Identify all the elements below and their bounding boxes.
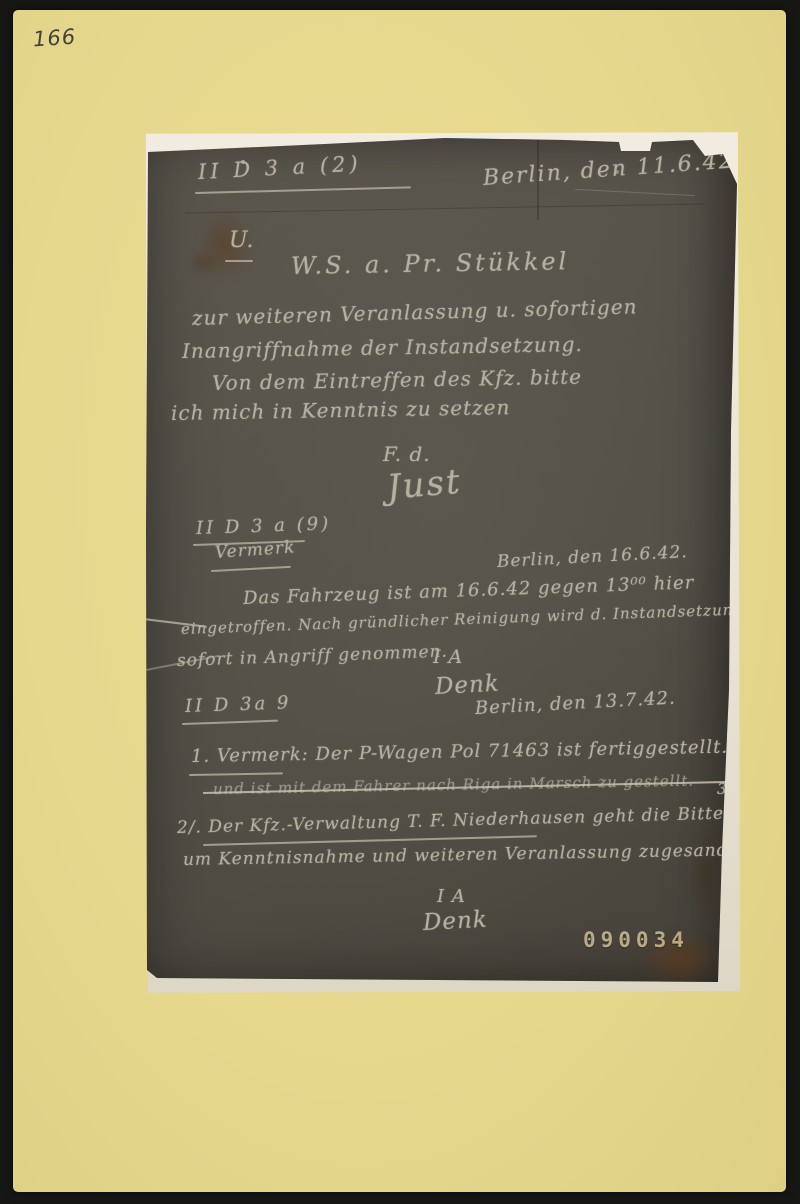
dateline-note1: Berlin, den 16.6.42.	[496, 542, 688, 572]
note2-line: 1. Vermerk: Der P-Wagen Pol 71463 ist fe…	[191, 737, 728, 767]
note2-line: 2/. Der Kfz.-Verwaltung T. F. Niederhaus…	[177, 804, 725, 838]
body-line: Von dem Eintreffen des Kfz. bitte	[212, 365, 582, 395]
underline	[182, 720, 278, 725]
underline	[189, 772, 283, 776]
ia-abbrev: I A	[437, 886, 466, 907]
fold-line	[185, 203, 705, 213]
body-line: ich mich in Kenntnis zu setzen	[171, 395, 511, 425]
underline	[211, 566, 291, 572]
dateline-header: Berlin, den 11.6.42	[482, 148, 735, 191]
signature-denk: Denk	[422, 907, 488, 936]
body-line: zur weiteren Veranlassung u. sofortigen	[192, 294, 638, 330]
file-reference: II D 3 a (2)	[197, 151, 362, 184]
note1-line: sofort in Angriff genommen.	[177, 642, 449, 671]
signature-denk: Denk	[434, 671, 500, 700]
file-reference: II D 3a 9	[185, 692, 292, 717]
dateline-note2: Berlin, den 13.7.42.	[474, 687, 676, 718]
note-heading: Vermerk	[214, 537, 296, 563]
ia-abbrev: I A	[433, 646, 463, 668]
abbreviation-u: U.	[229, 228, 255, 253]
archive-stamp-number: 090034	[583, 928, 689, 952]
file-reference: II D 3 a (9)	[196, 513, 332, 539]
note2-line: um Kenntnisnahme und weiteren Veranlassu…	[183, 840, 743, 870]
archive-page-number: 166	[32, 25, 77, 52]
underline	[195, 186, 411, 194]
scanned-archive-page: { "page_label": "166", "stamp_number": "…	[0, 0, 800, 1204]
underline	[225, 260, 253, 262]
body-line: Inangriffnahme der Instandsetzung.	[182, 332, 583, 363]
stain	[189, 250, 217, 276]
document-photo: II D 3 a (2) Berlin, den 11.6.42 U. W.S.…	[145, 130, 738, 990]
signoff-abbrev: F. d.	[383, 442, 431, 466]
signature-just: Just	[385, 462, 463, 508]
scratch-mark	[575, 189, 695, 196]
addressee-line: W.S. a. Pr. Stükkel	[291, 247, 570, 280]
